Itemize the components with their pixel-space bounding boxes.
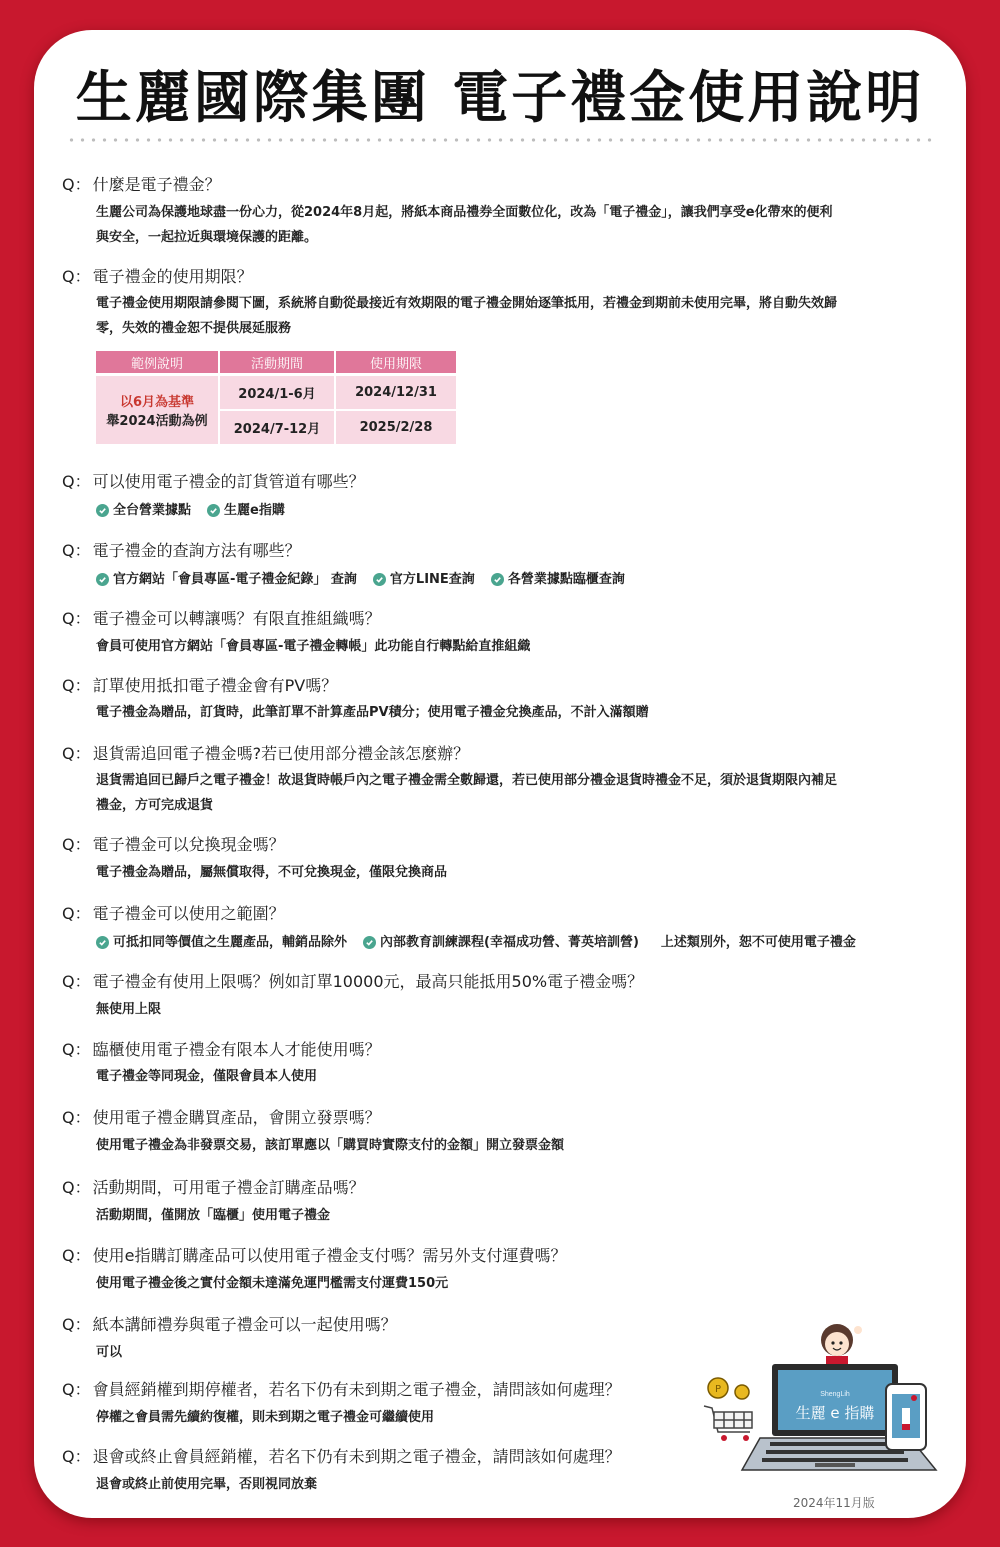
check-item: 可抵扣同等價值之生麗產品，輔銷品除外 [96,930,347,955]
example-cell: 以6月為基準 舉2024活動為例 [96,376,218,444]
faq-answer: 無使用上限 [96,997,916,1022]
period-cell: 2024/7-12月 [220,409,334,444]
check-circle-icon [96,936,109,949]
faq-question: Q：會員經銷權到期停權者，若名下仍有未到期之電子禮金，請問該如何處理？ [62,1377,621,1400]
faq-question: Q：電子禮金有使用上限嗎？例如訂單10000元，最高只能抵用50%電子禮金嗎？ [62,969,643,992]
check-circle-icon [207,504,220,517]
check-circle-icon [373,573,386,586]
faq-question: Q：使用電子禮金購買產品，會開立發票嗎？ [62,1105,381,1128]
check-item: 內部教育訓練課程(幸福成功營、菁英培訓營) [363,930,639,955]
dotted-divider [66,138,934,142]
faq-question: Q：活動期間，可用電子禮金訂購產品嗎？ [62,1175,365,1198]
faq-answer: 生麗公司為保護地球盡一份心力，從2024年8月起，將紙本商品禮券全面數位化，改為… [96,200,916,250]
faq-question: Q：訂單使用抵扣電子禮金會有PV嗎？ [62,673,337,696]
faq-answer: 活動期間，僅開放「臨櫃」使用電子禮金 [96,1203,916,1228]
faq-answer: 電子禮金為贈品，屬無償取得，不可兌換現金，僅限兌換商品 [96,860,916,885]
faq-answer: 使用電子禮金後之實付金額未達滿免運門檻需支付運費150元 [96,1271,916,1296]
faq-answer: 使用電子禮金為非發票交易，該訂單應以「購買時實際支付的金額」開立發票金額 [96,1133,916,1158]
check-circle-icon [491,573,504,586]
page-title: 生麗國際集團 電子禮金使用說明 [0,54,1000,134]
faq-answer: 全台營業據點 生麗e指購 [96,498,916,523]
faq-question: Q：電子禮金可以轉讓嗎？有限直推組織嗎？ [62,606,381,629]
validity-table: 範例說明 活動期間 使用期限 以6月為基準 舉2024活動為例 2024/1-6… [94,351,458,444]
faq-question: Q：什麼是電子禮金？ [62,172,221,195]
faq-question: Q：可以使用電子禮金的訂貨管道有哪些？ [62,469,365,492]
faq-answer: 電子禮金為贈品，訂貨時，此筆訂單不計算產品PV積分；使用電子禮金兌換產品，不計入… [96,700,916,725]
faq-question: Q：使用e指購訂購產品可以使用電子禮金支付嗎？需另外支付運費嗎？ [62,1243,566,1266]
check-item: 官方LINE查詢 [373,567,475,592]
coin-icon: P [715,1384,721,1395]
table-header: 範例說明 [96,351,218,376]
faq-question: Q：退會或終止會員經銷權，若名下仍有未到期之電子禮金，請問該如何處理？ [62,1444,621,1467]
check-item: 各營業據點臨櫃查詢 [491,567,625,592]
scope-note: 上述類別外，恕不可使用電子禮金 [661,930,856,955]
check-circle-icon [96,573,109,586]
check-item: 全台營業據點 [96,498,191,523]
check-item: 生麗e指購 [207,498,285,523]
shopping-cart-icon [704,1406,752,1432]
table-header: 使用期限 [336,351,456,376]
expiry-cell: 2024/12/31 [336,376,456,409]
period-cell: 2024/1-6月 [220,376,334,409]
faq-question: Q：退貨需追回電子禮金嗎?若已使用部分禮金該怎麼辦？ [62,741,469,764]
faq-question: Q：電子禮金的查詢方法有哪些？ [62,538,301,561]
faq-question: Q：電子禮金可以兌換現金嗎？ [62,832,285,855]
faq-answer: 電子禮金使用期限請參閱下圖，系統將自動從最接近有效期限的電子禮金開始逐筆抵用，若… [96,291,916,341]
faq-question: Q：電子禮金可以使用之範圍？ [62,901,285,924]
table-header: 活動期間 [220,351,334,376]
faq-answer: 官方網站「會員專區-電子禮金紀錄」 查詢 官方LINE查詢 各營業據點臨櫃查詢 [96,567,916,592]
expiry-cell: 2025/2/28 [336,409,456,444]
faq-answer: 退貨需追回已歸戶之電子禮金！故退貨時帳戶內之電子禮金需全數歸還，若已使用部分禮金… [96,768,916,818]
check-circle-icon [363,936,376,949]
faq-answer: 電子禮金等同現金，僅限會員本人使用 [96,1064,916,1089]
faq-question: Q：紙本講師禮券與電子禮金可以一起使用嗎？ [62,1312,397,1335]
check-item: 官方網站「會員專區-電子禮金紀錄」 查詢 [96,567,357,592]
faq-answer: 會員可使用官方網站「會員專區-電子禮金轉帳」此功能自行轉點給直推組織 [96,634,916,659]
faq-answer: 可抵扣同等價值之生麗產品，輔銷品除外 內部教育訓練課程(幸福成功營、菁英培訓營)… [96,930,916,955]
screen-text: 生麗 e 指購 [796,1404,875,1422]
version-label: 2024年11月版 [793,1494,875,1511]
faq-question: Q：臨櫃使用電子禮金有限本人才能使用嗎？ [62,1037,381,1060]
mascot-girl-icon [821,1324,862,1364]
faq-question: Q：電子禮金的使用期限？ [62,264,253,287]
eshop-illustration: ShengLih 生麗 e 指購 P [700,1320,940,1480]
brand-small: ShengLih [820,1391,850,1398]
check-circle-icon [96,504,109,517]
